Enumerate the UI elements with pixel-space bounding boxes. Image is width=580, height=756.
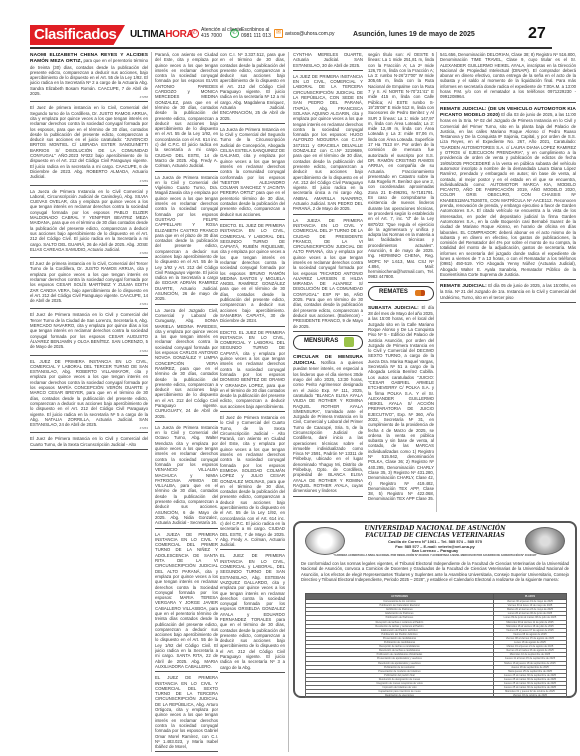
notice-text: según título son: Al OESTE 5 líneas: La … xyxy=(368,52,434,280)
deadline-cell: Martes 16 al jueves 18 de septiembre de … xyxy=(493,661,566,665)
notice-text: La Jueza de Primera Instancia en lo Civi… xyxy=(220,127,285,217)
notice: Paraná, con asiento en Ciudad del Este, … xyxy=(155,52,218,172)
phone-icon: ✆ xyxy=(190,29,199,38)
ad-body: De conformidad con las normas legales vi… xyxy=(301,561,569,582)
map-icon xyxy=(344,337,354,347)
notice-text: CYNTHIA MERELES DUARTE, Actuaria Judicia… xyxy=(293,52,363,68)
column-5: 541.656, Denominación DELORIAN, Clase 38… xyxy=(440,52,576,500)
notice-text: El día 03 de junio de 2025, a las 11:00 … xyxy=(440,112,576,277)
newspaper-logo: ULTIMAHORA xyxy=(130,29,193,40)
deadline-cell: Jueves 25 al martes 30 de septiembre de … xyxy=(493,681,566,685)
column-divider xyxy=(436,52,437,512)
notice-text: EDICTO. EL JUEZ DE PRIMERA INSTANCIA EN … xyxy=(220,330,285,409)
notice-text: La Jueza de Primera Instancia en lo Civi… xyxy=(155,175,218,302)
notice-text: LA JUEZA DE PRIMERA INSTANCIA EN LO CIVI… xyxy=(293,218,363,329)
contact-value: 0981 111 013 xyxy=(241,33,271,39)
notice: La Jueza de Primera Instancia en lo Civi… xyxy=(30,189,148,259)
notice: La Jueza del Juzgado Civil, Comercial y … xyxy=(155,308,218,422)
gavel-icon xyxy=(415,290,425,296)
notice: La Jueza de Primera Instancia en lo Civi… xyxy=(155,425,218,529)
whatsapp-icon: ✆ xyxy=(230,29,239,38)
notice: REMATE JUDICIAL: El día 05 de junio de 2… xyxy=(440,283,576,303)
notice-text: El Juez de Primera Instancia en lo Civil… xyxy=(30,436,148,447)
column-2a: Paraná, con asiento en Ciudad del Este, … xyxy=(155,52,218,752)
column-2b: con C.I. Nº 3.337.512, para que en el té… xyxy=(220,52,285,752)
notice: El Juez de primera instancia en lo Civil… xyxy=(30,105,148,185)
notice-text: La Jueza del Juzgado Civil, Comercial y … xyxy=(155,308,218,419)
notice: EL JUEZ DE PRIMERA INSTANCIA EN LO CIVIL… xyxy=(220,553,285,673)
column-4: según título son: Al OESTE 5 líneas: La … xyxy=(368,52,434,500)
deadline-cell: Jueves 25 al martes 30 de septiembre de … xyxy=(493,677,566,681)
notice-text: LA JUEZ DE PRIMERA INSTANCIA EN LO CIVIL… xyxy=(293,74,363,212)
contact-value: 415 7000 xyxy=(201,33,222,39)
notice: El Juez de primera instancia en lo Civil… xyxy=(30,261,148,309)
notice: LA JUEZA DE PRIMERA INSTANCIA EN LO CIVI… xyxy=(293,218,363,332)
mail-icon: ✉ xyxy=(274,29,283,38)
notice-text: Paraná, con asiento en Ciudad del Este, … xyxy=(155,52,218,169)
logo-ultima: ULTIMA xyxy=(130,29,165,40)
notice: 541.656, Denominación DELORIAN, Clase 38… xyxy=(440,52,576,103)
notice-text: La Jueza de Primera Instancia en lo Civi… xyxy=(155,425,218,526)
page-number: 27 xyxy=(528,25,546,43)
notice-text: para que en el perentorio término de tre… xyxy=(30,58,148,96)
header-rule xyxy=(30,47,552,49)
notice: CIRCULAR DE MENSURA JUDICIAL Notifica a … xyxy=(293,354,363,497)
notice-lead: SUBASTA JUDICIAL: xyxy=(368,306,419,311)
deadline-cell: Jueves 25 al martes 30 de septiembre de … xyxy=(493,673,566,677)
notice-text: LA JUEZA DE PRIMERA INSTANCIA EN LO CIVI… xyxy=(155,532,218,670)
activity-cell: Realización de elecciones xyxy=(306,694,494,698)
notice-text: EL JUEZ DE PRIMERA INSTANCIA EN LO CIVIL… xyxy=(30,359,148,428)
notice-lead: REMATE JUDICIAL: xyxy=(440,284,487,289)
column-divider xyxy=(288,52,289,752)
notice: SUBASTA JUDICIAL: El día 28 del mes de M… xyxy=(368,305,434,500)
notice: El Juez de Primera Instancia en lo Civil… xyxy=(220,415,285,550)
accreditation-note: "CARRERA ACREDITADA A NIVEL NACIONAL POR… xyxy=(295,554,575,557)
section-label: MENSURAS xyxy=(304,339,338,344)
ad-address: Casilla de Correo Nº 1061 – Tel. 585 574… xyxy=(295,540,575,554)
notice-text: La Jueza de Primera Instancia en lo Civi… xyxy=(30,189,148,253)
section-mensuras: MENSURAS xyxy=(293,335,363,350)
contact-value: avisos@uhora.com.py xyxy=(285,31,335,37)
notice: NAOMI ELIZABETH CHENA REYES Y ALCIDES RA… xyxy=(30,52,148,102)
page-header: Clasificados ULTIMAHORA ✆ Atención al cl… xyxy=(30,25,550,47)
electoral-calendar-table: ACTIVIDADES PLAZOS Convocatoria de los c… xyxy=(305,593,567,698)
notice: EL JUEZ DE PRIMERA INSTANCIA EN LO CIVIL… xyxy=(30,359,148,434)
notice: con C.I. Nº 3.337.512, para que en el té… xyxy=(220,52,285,124)
deadline-cell: Jueves 25 al martes 30 de septiembre de … xyxy=(493,686,566,690)
section-remates: REMATES xyxy=(368,286,434,301)
notice-text: El Juez de primera instancia en lo Civil… xyxy=(30,105,148,179)
notice: EDICTO. EL JUEZ DE PRIMERA INSTANCIA EN … xyxy=(220,330,285,412)
notice-text: El Juez de primera instancia en lo Civil… xyxy=(30,261,148,303)
notice-text: con C.I. Nº 3.337.512, para que en el té… xyxy=(220,52,285,121)
contact-email: ✉ avisos@uhora.com.py xyxy=(274,29,335,38)
notice: según título son: Al OESTE 5 líneas: La … xyxy=(368,52,434,283)
notice-text: Notifica a quienes puedan tener interés,… xyxy=(293,360,363,493)
ad-title: UNIVERSIDAD NACIONAL DE ASUNCIÓN FACULTA… xyxy=(295,526,575,539)
notice: EL JUEZ DE PRIMERA INSTANCIA EN LO CIVIL… xyxy=(155,675,218,752)
notice-text: EDICTO. EL JUEZ DE PRIMERA INSTANCIA EN … xyxy=(220,223,285,324)
table-row: Realización de eleccionesViernes 03 de o… xyxy=(306,694,567,698)
notice: LA JUEZ DE PRIMERA INSTANCIA EN LO CIVIL… xyxy=(293,74,363,215)
notice-text: El día 28 del mes de Mayo del año 2025, … xyxy=(368,305,434,500)
notice: El Juez de Primera Instancia en lo Civil… xyxy=(30,436,148,450)
notice: La Jueza de Primera Instancia en lo Civi… xyxy=(155,175,218,305)
notice-text: El Juez de Primera Instancia en lo Civil… xyxy=(30,312,148,349)
notice-text: EL JUEZ DE PRIMERA INSTANCIA EN LO CIVIL… xyxy=(220,553,285,670)
column-3: CYNTHIA MERELES DUARTE, Actuaria Judicia… xyxy=(293,52,363,500)
column-1: NAOMI ELIZABETH CHENA REYES Y ALCIDES RA… xyxy=(30,52,148,752)
deadline-cell: Viernes 03 de octubre de 2025 xyxy=(493,694,566,698)
deadline-cell: Lunes 09 de junio al martes 08 de julio … xyxy=(493,616,566,620)
notice: EDICTO. EL JUEZ DE PRIMERA INSTANCIA EN … xyxy=(220,223,285,327)
column-divider xyxy=(151,52,152,752)
notice: El Juez de Primera Instancia en lo Civil… xyxy=(30,312,148,355)
notice: CYNTHIA MERELES DUARTE, Actuaria Judicia… xyxy=(293,52,363,71)
notice-text: EL JUEZ DE PRIMERA INSTANCIA EN LO CIVIL… xyxy=(155,675,218,749)
publication-date: Asunción, lunes 19 de mayo de 2025 xyxy=(353,31,475,38)
notice: La Jueza de Primera Instancia en lo Civi… xyxy=(220,127,285,220)
notice: REMATE JUDICIAL: (DE UN VEHICULO AUTOMOT… xyxy=(440,106,576,281)
notice-text: El Juez de Primera Instancia en lo Civil… xyxy=(220,415,285,547)
university-ad: UNIVERSIDAD NACIONAL DE ASUNCIÓN FACULTA… xyxy=(293,521,577,698)
address-line: San Lorenzo – Paraguay xyxy=(295,549,575,554)
section-brand: Clasificados xyxy=(30,25,125,45)
notice-text: 541.656, Denominación DELORIAN, Clase 38… xyxy=(440,52,576,100)
notice: LA JUEZA DE PRIMERA INSTANCIA EN LO CIVI… xyxy=(155,532,218,673)
contact-whatsapp: ✆ Escribinos al0981 111 013 xyxy=(230,27,271,39)
section-label: REMATES xyxy=(379,290,408,295)
